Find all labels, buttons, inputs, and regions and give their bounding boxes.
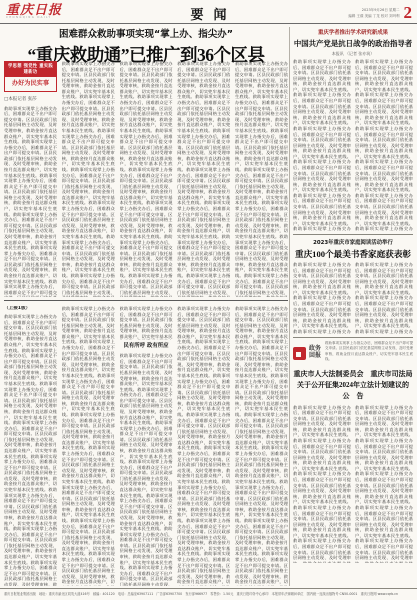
right-story-1-col-2: 救助事项实现掌上办指尖办后，困难群众足不出户即可提交申请。区县民政部门依托基层网… (355, 59, 413, 231)
body-text: 救助事项实现掌上办指尖办后，困难群众足不出户即可提交申请。区县民政部门依托基层网… (4, 314, 57, 586)
right-divider-rule-1 (293, 234, 413, 235)
right-column: 重庆学者推出学术研究新成果 中国共产党是抗日战争的政治指导者 本报讯 （记者 张… (293, 28, 413, 563)
lead-column-4: 救助事项实现掌上办指尖办后，困难群众足不出户即可提交申请。区县民政部门依托基层网… (177, 61, 230, 297)
body-text: 救助事项实现掌上办指尖办后，困难群众足不出户即可提交申请。区县民政部门依托基层网… (4, 106, 57, 297)
section-divider-rule (4, 300, 288, 301)
theme-education-box: 学思想 强党性 重实践 建新功 办好为民实事 (4, 61, 57, 92)
announcement-headline: 重庆市人大法制委员会 重庆市司法局 关于公开征集2024年立法计划建议的 公 告 (293, 369, 413, 402)
lead-byline: □本报记者 张莎 (4, 97, 57, 103)
lead-column-5: 救助事项实现掌上办指尖办后，困难群众足不出户即可提交申请。区县民政部门依托基层网… (235, 61, 288, 297)
announcement-headline-line-3: 公 告 (293, 391, 413, 402)
right-story-2-col-1: 救助事项实现掌上办指尖办后，困难群众足不出户即可提交申请。区县民政部门依托基层网… (293, 262, 351, 334)
announcement-col-2: 救助事项实现掌上办指尖办后，困难群众足不出户即可提交申请。区县民政部门依托基层网… (355, 405, 413, 563)
lead-column-2: 救助事项实现掌上办指尖办后，困难群众足不出户即可提交申请。区县民政部门依托基层网… (62, 61, 115, 297)
newspaper-page: 重庆日报 CHONGQING DAILY 要闻 2023年9月26日 星期二 编… (0, 0, 417, 600)
announcement-story: 重庆市人大法制委员会 重庆市司法局 关于公开征集2024年立法计划建议的 公 告… (293, 369, 413, 563)
right-story-1-headline: 中国共产党是抗日战争的政治指导者 (293, 38, 413, 49)
continuation-column-2: 救助事项实现掌上办指尖办后，困难群众足不出户即可提交申请。区县民政部门依托基层网… (62, 306, 115, 586)
lead-story-body: 学思想 强党性 重实践 建新功 办好为民实事 □本报记者 张莎 救助事项实现掌上… (4, 61, 288, 297)
date-block: 2023年9月26日 星期二 编辑 王濛 美编 丁龙 校对 刘玛利 (348, 7, 399, 20)
continuation-story-body: （上接1版） 救助事项实现掌上办指尖办后，困难群众足不出户即可提交申请。区县民政… (4, 306, 288, 586)
continuation-column-1: （上接1版） 救助事项实现掌上办指尖办后，困难群众足不出户即可提交申请。区县民政… (4, 306, 57, 586)
gov-notice-intro: 救助事项实现掌上办指尖办后，困难群众足不出户即可提交申请。区县民政部门依托基层网… (325, 341, 413, 365)
right-story-2-kicker: 2023年重庆市家庭阅读活动举行 (293, 238, 413, 246)
right-story-1: 重庆学者推出学术研究新成果 中国共产党是抗日战争的政治指导者 本报讯 （记者 张… (293, 28, 413, 231)
right-story-1-col-1: 救助事项实现掌上办指尖办后，困难群众足不出户即可提交申请。区县民政部门依托基层网… (293, 59, 351, 231)
right-story-2-body: 救助事项实现掌上办指尖办后，困难群众足不出户即可提交申请。区县民政部门依托基层网… (293, 262, 413, 334)
page-number: 2 (404, 3, 413, 23)
continuation-subhead: 民有所呼 政有所应 (120, 343, 173, 350)
right-story-1-body: 救助事项实现掌上办指尖办后，困难群众足不出户即可提交申请。区县民政部门依托基层网… (293, 59, 413, 231)
theme-box-slogan: 学思想 强党性 重实践 建新功 (5, 62, 56, 77)
continuation-column-3: 救助事项实现掌上办指尖办后，困难群众足不出户即可提交申请。区县民政部门依托基层网… (120, 306, 173, 586)
gov-affairs-icon (293, 347, 306, 360)
announcement-headline-line-2: 关于公开征集2024年立法计划建议的 (293, 380, 413, 391)
header-right: 2023年9月26日 星期二 编辑 王濛 美编 丁龙 校对 刘玛利 2 (348, 3, 412, 23)
right-divider-rule-2 (293, 337, 413, 338)
column-divider-rule (289, 27, 290, 586)
gov-notice-logo: 政务 回报 (293, 346, 321, 360)
right-story-2-col-2: 救助事项实现掌上办指尖办后，困难群众足不出户即可提交申请。区县民政部门依托基层网… (355, 262, 413, 334)
right-story-2: 2023年重庆市家庭阅读活动举行 重庆100个最美书香家庭获表彰 救助事项实现掌… (293, 238, 413, 334)
lead-column-3: 救助事项实现掌上办指尖办后，困难群众足不出户即可提交申请。区县民政部门依托基层网… (120, 61, 173, 297)
body-text: 救助事项实现掌上办指尖办后，困难群众足不出户即可提交申请。区县民政部门依托基层网… (120, 353, 173, 586)
right-story-1-byline: 本报讯 （记者 张亦筑） (293, 51, 413, 57)
page-header: 重庆日报 CHONGQING DAILY 要闻 2023年9月26日 星期二 编… (0, 0, 417, 24)
continuation-column-4: 救助事项实现掌上办指尖办后，困难群众足不出户即可提交申请。区县民政部门依托基层网… (177, 306, 230, 586)
continuation-column-5: 救助事项实现掌上办指尖办后，困难群众足不出户即可提交申请。区县民政部门依托基层网… (235, 306, 288, 586)
theme-box-subtitle: 办好为民实事 (5, 77, 56, 90)
gov-notice-logo-text: 政务 回报 (309, 346, 321, 360)
lead-column-1: 学思想 强党性 重实践 建新功 办好为民实事 □本报记者 张莎 救助事项实现掌上… (4, 61, 57, 297)
gov-notice-strip: 政务 回报 救助事项实现掌上办指尖办后，困难群众足不出户即可提交申请。区县民政部… (293, 341, 413, 365)
body-text: 救助事项实现掌上办指尖办后，困难群众足不出户即可提交申请。区县民政部门依托基层网… (120, 306, 173, 340)
footer-rule (0, 588, 417, 589)
announcement-headline-line-1: 重庆市人大法制委员会 重庆市司法局 (293, 369, 413, 380)
announcement-col-1: 救助事项实现掌上办指尖办后，困难群众足不出户即可提交申请。区县民政部门依托基层网… (293, 405, 351, 563)
footer-imprint: 重庆日报报业集团出版 地址：重庆市渝北区同茂大道416号 邮编：401120 电… (4, 591, 413, 596)
editor-credits: 编辑 王濛 美编 丁龙 校对 刘玛利 (348, 13, 399, 19)
jump-note: （上接1版） (4, 306, 57, 312)
announcement-body: 救助事项实现掌上办指尖办后，困难群众足不出户即可提交申请。区县民政部门依托基层网… (293, 405, 413, 563)
right-story-2-headline: 重庆100个最美书香家庭获表彰 (293, 248, 413, 260)
gov-logo-line-2: 回报 (309, 353, 321, 360)
lead-kicker: 困难群众救助事项实现“掌上办、指尖办” (4, 26, 288, 40)
right-story-1-kicker: 重庆学者推出学术研究新成果 (293, 28, 413, 36)
